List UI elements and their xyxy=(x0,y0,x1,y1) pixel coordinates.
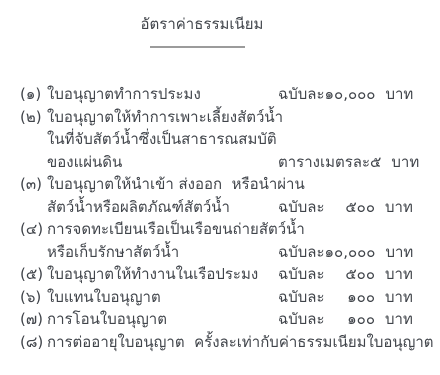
page-title: อัตราค่าธรรมเนียม xyxy=(0,13,404,36)
fee-columns: ฉบับละ ๑๐๐ xyxy=(278,308,375,331)
fee-columns: ฉบับละ ๑๐,๐๐๐ xyxy=(278,241,375,264)
item-line: ใบอนุญาตทำการประมง ฉบับละ ๑๐,๐๐๐ บาท xyxy=(47,83,440,106)
fee-unit: ฉบับละ xyxy=(278,83,325,106)
title-underline xyxy=(150,46,245,48)
item-body: การโอนใบอนุญาต ฉบับละ ๑๐๐ บาท xyxy=(47,308,440,331)
item-line: หรือเก็บรักษาสัตว์น้ำ ฉบับละ ๑๐,๐๐๐ บาท xyxy=(47,241,440,264)
fee-columns: ฉบับละ ๑๐๐ xyxy=(278,286,375,309)
fee-amount: ๕๐๐ xyxy=(345,263,375,286)
item-line: ของแผ่นดิน ตารางเมตรละ ๕ บาท xyxy=(47,151,440,174)
fee-item-1: (๑) ใบอนุญาตทำการประมง ฉบับละ ๑๐,๐๐๐ บาท xyxy=(20,83,440,106)
item-body: ใบอนุญาตทำการประมง ฉบับละ ๑๐,๐๐๐ บาท xyxy=(47,83,440,106)
item-description-line: ใบอนุญาตให้ทำการเพาะเลี้ยงสัตว์น้ำ xyxy=(47,106,440,129)
item-body: ใบแทนใบอนุญาต ฉบับละ ๑๐๐ บาท xyxy=(47,286,440,309)
fee-currency: บาท xyxy=(375,286,413,309)
fee-unit: ฉบับละ xyxy=(278,286,325,309)
item-number: (๔) xyxy=(20,218,47,241)
item-body: การจดทะเบียนเรือเป็นเรือขนถ่ายสัตว์น้ำ ห… xyxy=(47,218,440,263)
fee-item-3: (๓) ใบอนุญาตให้นำเข้า ส่งออก หรือนำผ่าน … xyxy=(20,173,440,218)
fee-unit: ฉบับละ xyxy=(278,308,325,331)
fee-columns: ฉบับละ ๑๐,๐๐๐ xyxy=(278,83,375,106)
item-description-line: การจดทะเบียนเรือเป็นเรือขนถ่ายสัตว์น้ำ xyxy=(47,218,440,241)
fee-unit: ตารางเมตรละ xyxy=(278,151,370,174)
fee-currency: บาท xyxy=(375,241,413,264)
item-body: ใบอนุญาตให้ทำงานในเรือประมง ฉบับละ ๕๐๐ บ… xyxy=(47,263,440,286)
item-body: ใบอนุญาตให้ทำการเพาะเลี้ยงสัตว์น้ำ ในที่… xyxy=(47,106,440,174)
fee-currency: บาท xyxy=(375,83,413,106)
item-number: (๑) xyxy=(20,83,47,106)
fee-currency: บาท xyxy=(375,308,413,331)
item-description-line: ใบอนุญาตให้นำเข้า ส่งออก หรือนำผ่าน xyxy=(47,173,440,196)
fee-amount: ๑๐,๐๐๐ xyxy=(325,241,376,264)
fee-item-5: (๕) ใบอนุญาตให้ทำงานในเรือประมง ฉบับละ ๕… xyxy=(20,263,440,286)
item-line: ใบอนุญาตให้ทำงานในเรือประมง ฉบับละ ๕๐๐ บ… xyxy=(47,263,440,286)
item-description: หรือเก็บรักษาสัตว์น้ำ xyxy=(47,241,278,264)
item-description: การโอนใบอนุญาต xyxy=(47,308,278,331)
item-number: (๖) xyxy=(20,286,47,309)
fee-columns: ฉบับละ ๕๐๐ xyxy=(278,263,375,286)
fee-amount: ๕๐๐ xyxy=(345,196,375,219)
item-number: (๓) xyxy=(20,173,47,196)
fee-currency: บาท xyxy=(375,263,413,286)
fee-currency: บาท xyxy=(375,196,413,219)
fee-amount: ๑๐๐ xyxy=(347,286,375,309)
document-page: อัตราค่าธรรมเนียม (๑) ใบอนุญาตทำการประมง… xyxy=(0,0,440,375)
fee-unit: ฉบับละ xyxy=(278,241,325,264)
item-line: การโอนใบอนุญาต ฉบับละ ๑๐๐ บาท xyxy=(47,308,440,331)
fee-item-6: (๖) ใบแทนใบอนุญาต ฉบับละ ๑๐๐ บาท xyxy=(20,286,440,309)
item-number: (๗) xyxy=(20,308,47,331)
fee-unit: ฉบับละ xyxy=(278,196,325,219)
item-description: ใบอนุญาตให้ทำงานในเรือประมง xyxy=(47,263,278,286)
fee-unit: ฉบับละ xyxy=(278,263,325,286)
item-description: สัตว์น้ำหรือผลิตภัณฑ์สัตว์น้ำ xyxy=(47,196,278,219)
fee-currency: บาท xyxy=(381,151,419,174)
fee-item-2: (๒) ใบอนุญาตให้ทำการเพาะเลี้ยงสัตว์น้ำ ใ… xyxy=(20,106,440,174)
item-body: การต่ออายุใบอนุญาต ครั้งละเท่ากับค่าธรรม… xyxy=(47,331,440,354)
fee-columns: ฉบับละ ๕๐๐ xyxy=(278,196,375,219)
fee-amount: ๕ xyxy=(370,151,381,174)
item-line: สัตว์น้ำหรือผลิตภัณฑ์สัตว์น้ำ ฉบับละ ๕๐๐… xyxy=(47,196,440,219)
item-description: การต่ออายุใบอนุญาต ครั้งละเท่ากับค่าธรรม… xyxy=(47,331,440,354)
fee-item-7: (๗) การโอนใบอนุญาต ฉบับละ ๑๐๐ บาท xyxy=(20,308,440,331)
fee-columns: ตารางเมตรละ ๕ xyxy=(278,151,381,174)
item-description: ใบแทนใบอนุญาต xyxy=(47,286,278,309)
item-description: ของแผ่นดิน xyxy=(47,151,278,174)
item-number: (๘) xyxy=(20,331,47,354)
fee-list: (๑) ใบอนุญาตทำการประมง ฉบับละ ๑๐,๐๐๐ บาท… xyxy=(20,83,440,353)
item-body: ใบอนุญาตให้นำเข้า ส่งออก หรือนำผ่าน สัตว… xyxy=(47,173,440,218)
item-number: (๒) xyxy=(20,106,47,129)
fee-item-8: (๘) การต่ออายุใบอนุญาต ครั้งละเท่ากับค่า… xyxy=(20,331,440,354)
item-description-line: ในที่จับสัตว์น้ำซึ่งเป็นสาธารณสมบัติ xyxy=(47,128,440,151)
item-number: (๕) xyxy=(20,263,47,286)
fee-amount: ๑๐,๐๐๐ xyxy=(325,83,376,106)
item-description: ใบอนุญาตทำการประมง xyxy=(47,83,278,106)
fee-amount: ๑๐๐ xyxy=(347,308,375,331)
item-line: ใบแทนใบอนุญาต ฉบับละ ๑๐๐ บาท xyxy=(47,286,440,309)
fee-item-4: (๔) การจดทะเบียนเรือเป็นเรือขนถ่ายสัตว์น… xyxy=(20,218,440,263)
